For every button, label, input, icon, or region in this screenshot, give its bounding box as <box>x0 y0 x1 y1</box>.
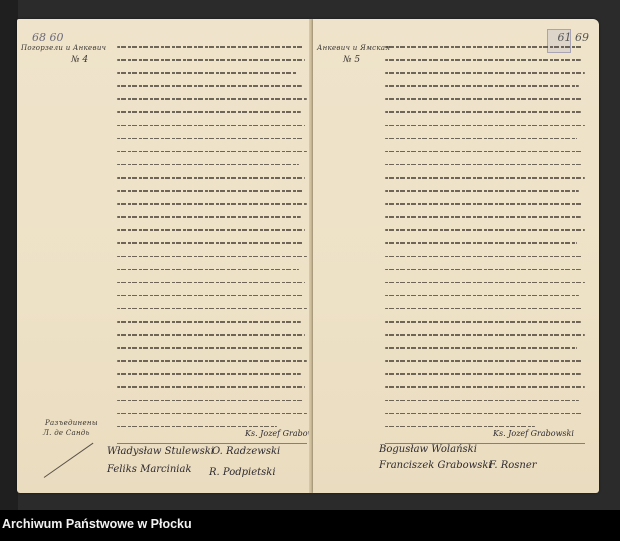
signature-rule <box>117 443 307 444</box>
margin-strike-line <box>44 443 94 478</box>
right-handwritten-text <box>385 46 585 439</box>
right-page: 61 69 Анкевич и Ямская № 5 Ks. Jozef Gra… <box>313 19 599 493</box>
left-handwritten-text <box>117 46 307 439</box>
document-scan: 68 60 Погорзели и Анкевич № 4 Разъединен… <box>0 0 620 510</box>
left-signature-4: R. Podpietski <box>209 467 276 478</box>
left-signature-2: O. Radzewski <box>212 446 280 457</box>
right-entry-number: № 5 <box>343 55 360 65</box>
left-page: 68 60 Погорзели и Анкевич № 4 Разъединен… <box>17 19 311 493</box>
left-entry-number: № 4 <box>71 55 88 65</box>
left-folio-number: 68 60 <box>32 31 64 44</box>
book-spread: 68 60 Погорзели и Анкевич № 4 Разъединен… <box>17 19 608 493</box>
right-folio-number: 61 69 <box>558 31 590 44</box>
left-signature-1: Władysław Stulewski <box>107 446 214 457</box>
right-margin-header: Анкевич и Ямская <box>317 44 390 52</box>
right-signature-2: Franciszek Grabowski <box>379 460 492 471</box>
left-margin-header: Погорзели и Анкевич <box>21 44 106 52</box>
archive-name: Archiwum Państwowe w Płocku <box>2 517 192 531</box>
right-signature-1: Bogusław Wolański <box>379 444 477 455</box>
left-bottom-margin-signature: Л. де Сандь <box>43 429 90 437</box>
right-signature-3: F. Rosner <box>489 460 537 471</box>
right-priest-signature: Ks. Jozef Grabowski <box>493 429 574 438</box>
left-bottom-margin-note: Разъединены <box>45 419 98 427</box>
left-signature-3: Feliks Marciniak <box>107 464 192 475</box>
footer-bar: Archiwum Państwowe w Płocku <box>0 510 620 541</box>
